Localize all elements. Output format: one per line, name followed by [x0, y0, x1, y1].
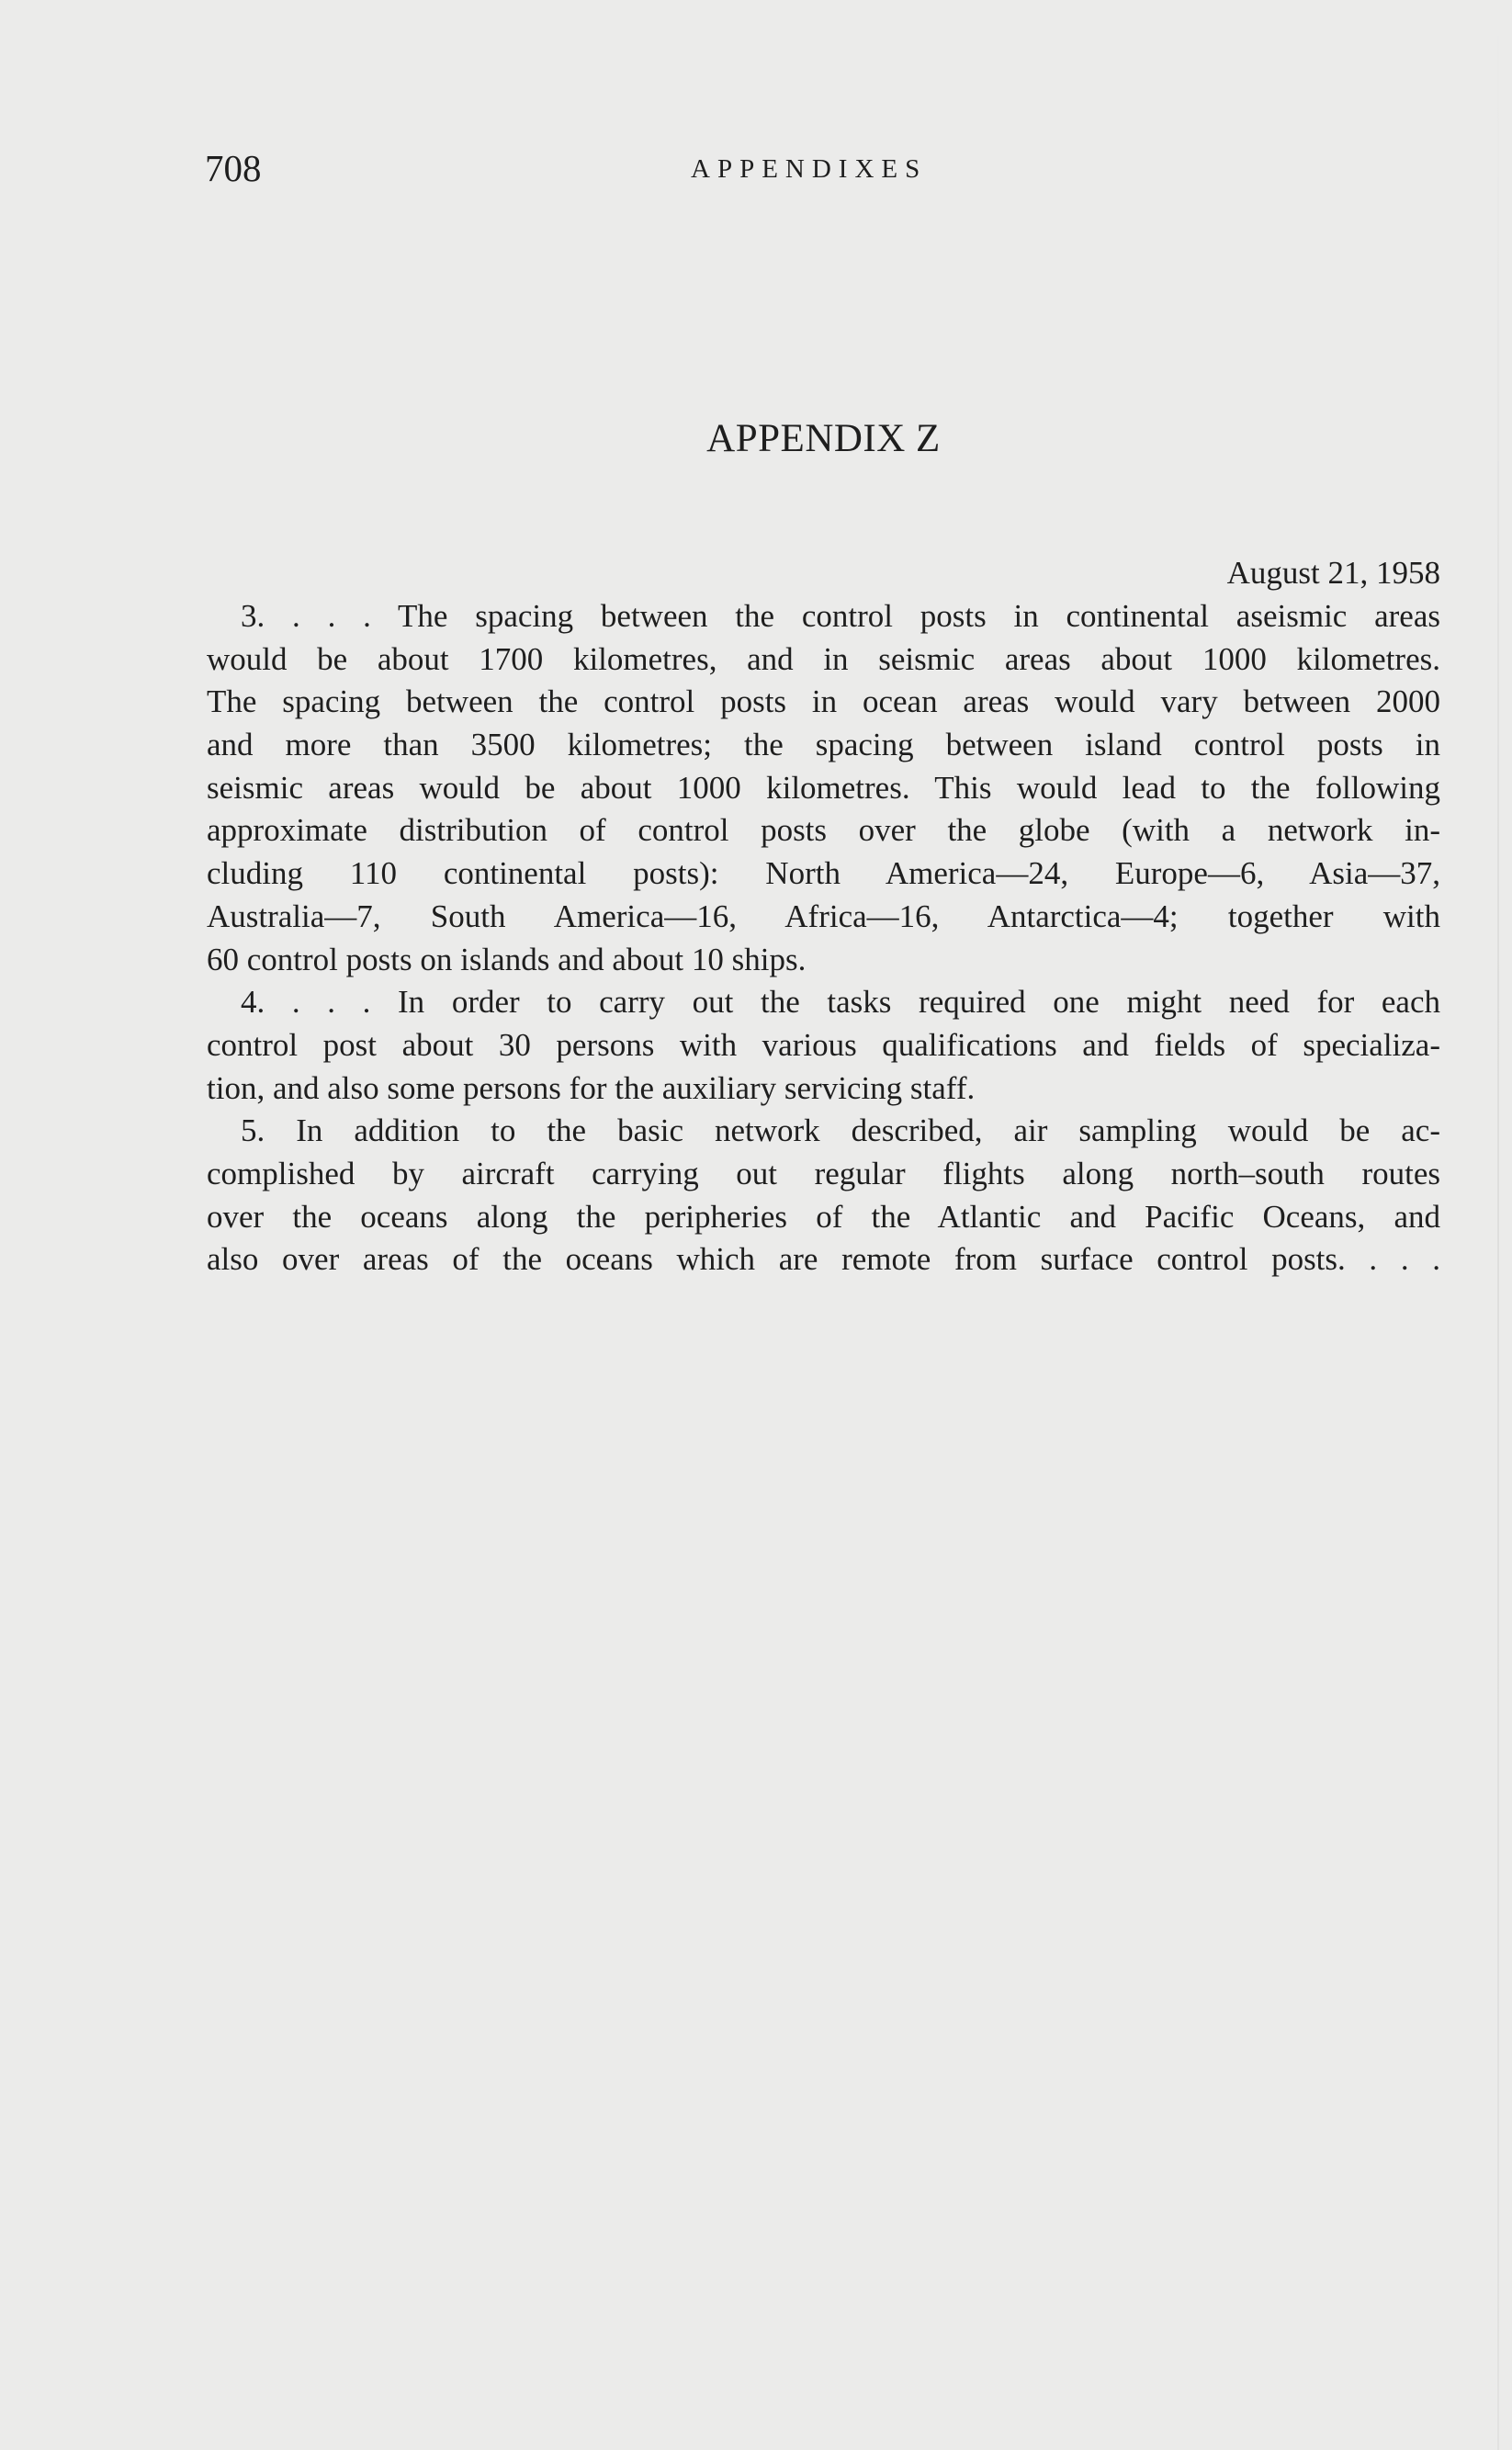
text-line: complished by aircraft carrying out regu… — [207, 1153, 1440, 1196]
text-line: tion, and also some persons for the auxi… — [207, 1067, 1440, 1111]
paragraph-4: 4. . . . In order to carry out the tasks… — [207, 981, 1440, 1110]
paragraph-5: 5. In addition to the basic network desc… — [207, 1110, 1440, 1281]
text-line: would be about 1700 kilometres, and in s… — [207, 638, 1440, 682]
page-number: 708 — [205, 145, 262, 191]
page-edge — [1497, 0, 1499, 2450]
text-line: and more than 3500 kilometres; the spaci… — [207, 724, 1440, 767]
text-line: cluding 110 continental posts): North Am… — [207, 852, 1440, 896]
document-date: August 21, 1958 — [207, 552, 1440, 595]
text-line: seismic areas would be about 1000 kilome… — [207, 767, 1440, 810]
text-line: 60 control posts on islands and about 10… — [207, 939, 1440, 982]
text-line: over the oceans along the peripheries of… — [207, 1196, 1440, 1239]
text-line: 4. . . . In order to carry out the tasks… — [207, 981, 1440, 1024]
text-line: Australia—7, South America—16, Africa—16… — [207, 896, 1440, 939]
running-head: 708 APPENDIXES — [205, 145, 1440, 191]
text-line: control post about 30 persons with vario… — [207, 1024, 1440, 1067]
text-line: also over areas of the oceans which are … — [207, 1238, 1440, 1281]
appendix-title: APPENDIX Z — [207, 413, 1440, 465]
body-text: 3. . . . The spacing between the control… — [207, 595, 1440, 1281]
text-line: The spacing between the control posts in… — [207, 681, 1440, 724]
running-title: APPENDIXES — [691, 149, 927, 189]
paragraph-3: 3. . . . The spacing between the control… — [207, 595, 1440, 981]
text-line: approximate distribution of control post… — [207, 809, 1440, 852]
text-line: 3. . . . The spacing between the control… — [207, 595, 1440, 638]
text-line: 5. In addition to the basic network desc… — [207, 1110, 1440, 1153]
